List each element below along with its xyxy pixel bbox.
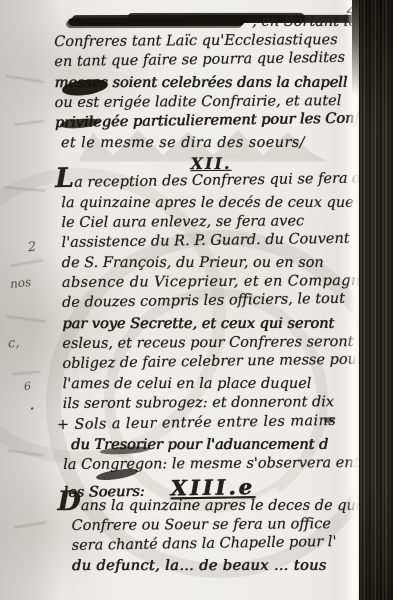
book-binding-edge (359, 0, 393, 600)
manuscript-line: du defunct, la… de beaux … tous (58, 558, 370, 578)
manuscript-line: du Tresorier pour l'aduancement d (57, 437, 369, 457)
manuscript-line: et le mesme se dira des soeurs/ (55, 135, 367, 155)
strikethrough-ink-bar (68, 18, 244, 26)
margin-mark: nos (9, 275, 31, 291)
manuscript-line: par voye Secrette, et ceux qui seront (56, 315, 368, 335)
manuscript-line: de douzes compris les officiers, le tout (56, 291, 368, 316)
manuscript-line: l'ames de celui en la place duquel (57, 376, 369, 396)
manuscript-photo: 2 nos c, 6 · 4 , en Sortant les Confrere… (0, 0, 393, 600)
manuscript-line: les Soeurs:XIII.e (57, 473, 369, 498)
manuscript-line: obligez de faire celebrer une messe pour (56, 351, 368, 376)
manuscript-line: l'assistence du R. P. Guard. du Couvent (55, 230, 367, 255)
margin-mark: 6 (23, 380, 31, 394)
manuscript-line: , en Sortant les (54, 14, 366, 34)
manuscript-line: de S. François, du Prieur, ou en son (56, 255, 368, 275)
manuscript-line: en tant que faire se pourra que lesdites (54, 50, 366, 75)
manuscript-line: + Sols a leur entrée entre les mains (57, 412, 369, 437)
manuscript-line: sera chanté dans la Chapelle pour l' (58, 533, 370, 558)
margin-mark: c, (7, 335, 20, 351)
manuscript-line: privilegée particulierement pour les Con… (55, 110, 367, 135)
manuscript-line: Dans la quinzaine apres le deces de quel (57, 497, 369, 517)
margin-mark: 2 (27, 240, 37, 256)
manuscript-line: messes soient celebrées dans la chapell (55, 74, 367, 94)
manuscript-text-block: , en Sortant les Confreres tant Laïc qu'… (54, 12, 370, 578)
manuscript-line: la quinzaine apres le decés de ceux que (55, 194, 367, 214)
manuscript-line: La reception des Confreres qui se fera d… (55, 170, 367, 195)
